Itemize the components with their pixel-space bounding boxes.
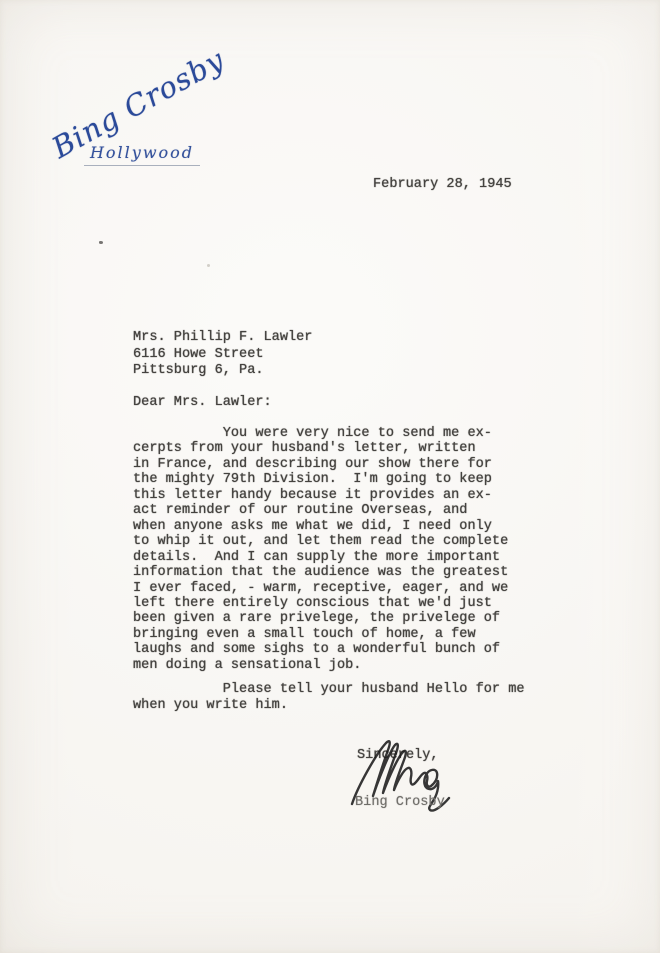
salutation: Dear Mrs. Lawler: [133,395,272,410]
ink-dot-artifact [99,241,103,244]
letter-page: Bing Crosby Hollywood February 28, 1945 … [0,0,660,953]
smudge-artifact [207,264,210,267]
recipient-address: Mrs. Phillip F. Lawler 6116 Howe Street … [133,330,312,380]
letterhead-hollywood-label: Hollywood [84,143,200,166]
typed-signature-name: Bing Crosby [355,795,445,810]
body-paragraph-1: You were very nice to send me ex- cerpts… [133,426,508,673]
letter-date: February 28, 1945 [373,177,512,192]
body-paragraph-2: Please tell your husband Hello for me wh… [133,682,525,714]
